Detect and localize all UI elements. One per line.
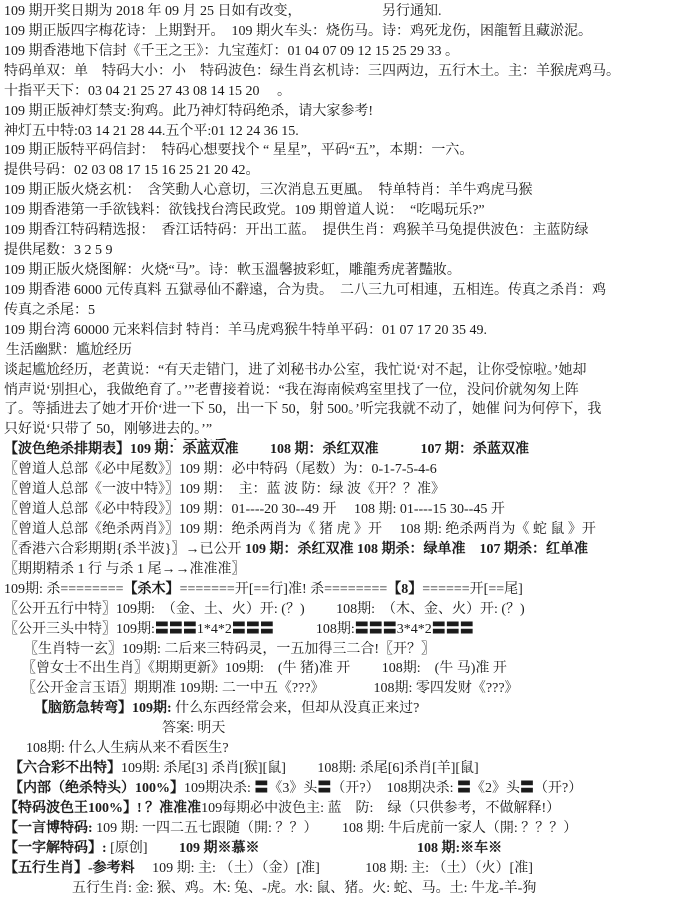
text-segment: 十指平天下：03 04 21 25 27 43 08 14 15 20 。 <box>4 84 291 99</box>
watermark-text: 真人百家乐.. <box>153 439 236 440</box>
text-segment: 〓〓〓 <box>355 622 397 637</box>
text-line-42: 【一言博特码: 109 期: 一四二五七跟随（開: ？？） 108 期: 牛后虎… <box>4 819 688 839</box>
text-line-27: 〖曾道人总部《绝杀两肖》〗109 期：绝杀两肖为《 猪 虎 》开 108 期: … <box>4 520 688 540</box>
text-segment: 《3》头 <box>268 781 317 796</box>
text-line-24: 〖曾道人总部《必中尾数》〗109 期：必中特码（尾数）为：0-1-7-5-4-6 <box>4 460 688 480</box>
text-segment: 【一言博特码: <box>4 821 93 836</box>
text-segment: 什么东西经常会来，但却从没真正来过? <box>172 701 420 716</box>
text-segment: 〖公开五行中特〗109期: （金、土、火）开: (？) 108期: （木、金、火… <box>4 602 525 617</box>
text-line-38: 108期: 什么人生病从来不看医生? <box>4 739 688 759</box>
text-segment: 〓〓〓 <box>155 622 197 637</box>
text-segment: 【8】 <box>387 582 422 597</box>
text-segment: 提供号码：02 03 08 17 15 16 25 21 20 42。 <box>4 163 260 178</box>
text-segment <box>260 841 418 856</box>
text-line-4: 特码单双：单 特码大小：小 特码波色：绿生肖玄机诗：三四两边，五行木土。主：羊猴… <box>4 62 688 82</box>
text-line-23: 【波色绝杀排期表】109 期：杀蓝双准 108 期：杀红双准 107 期：杀蓝双… <box>4 440 688 460</box>
text-segment: 109 期正版火烧玄机： 含笑動人心意切，三次消息五更風。 特单特肖：羊牛鸡虎马… <box>4 183 533 198</box>
text-line-25: 〖曾道人总部《一波中特》〗109 期： 主：蓝 波 防：绿 波《开？？准》 <box>4 480 688 500</box>
text-segment: 109 期香江特码精选报： 香江话特码：开出工蓝。 提供生肖：鸡猴羊马兔提供波色… <box>4 223 589 238</box>
text-line-12: 109 期香江特码精选报： 香江话特码：开出工蓝。 提供生肖：鸡猴羊马兔提供波色… <box>4 221 688 241</box>
text-line-2: 109 期正版四字梅花诗：上期對开。 109 期火车头：烧伤马。诗：鸡死龙伤，困… <box>4 22 688 42</box>
text-segment: 【六合彩不出特】 <box>9 761 121 776</box>
text-line-21: 了。等插进去了她才开价‘进一下 50，出一下 50，射 500。’听完我就不动了… <box>4 400 688 420</box>
text-segment: 〓 <box>317 781 331 796</box>
text-segment: 〓〓〓 <box>432 622 474 637</box>
text-line-9: 提供号码：02 03 08 17 15 16 25 21 20 42。 <box>4 161 688 181</box>
text-line-45: 五行生肖: 金: 猴、鸡。木: 兔、-虎。水: 鼠、猪。火: 蛇、马。土: 牛龙… <box>4 879 688 897</box>
text-segment: 109 期香港地下信封《千王之王》：九宝莲灯：01 04 07 09 12 15… <box>4 44 459 59</box>
text-line-13: 提供尾数：3 2 5 9 <box>4 241 688 261</box>
text-line-11: 109 期香港第一手欲钱料：欲钱找台湾民政党。109 期曾道人说： “吃喝玩乐?… <box>4 201 688 221</box>
text-line-29: 〖期期精杀 1 行 与杀 1 尾→→准准准〗 <box>4 560 688 580</box>
text-segment: 〖期期精杀 1 行 与杀 1 尾→→准准准〗 <box>4 562 246 577</box>
text-segment: =======开[==行]准! 杀======== <box>180 582 388 597</box>
text-line-3: 109 期香港地下信封《千王之王》：九宝莲灯：01 04 07 09 12 15… <box>4 42 688 62</box>
text-line-41: 【特码波色王100%】! ？准准准109每期必中波色主: 蓝 防: 绿（只供参考… <box>4 799 688 819</box>
text-segment: 了。等插进去了她才开价‘进一下 50，出一下 50，射 500。’听完我就不动了… <box>4 402 601 417</box>
text-segment: 〖香港六合彩期期{杀半波}〗→已公开 <box>4 542 245 557</box>
text-segment: 〓 <box>520 781 534 796</box>
text-segment: 〓 <box>457 781 471 796</box>
text-line-39: 【六合彩不出特】109期: 杀尾[3] 杀肖[猴][鼠] 108期: 杀尾[6]… <box>4 759 688 779</box>
text-segment: 特码单双：单 特码大小：小 特码波色：绿生肖玄机诗：三四两边，五行木土。主：羊猴… <box>4 64 620 79</box>
text-segment: 〓〓〓 <box>232 622 274 637</box>
text-segment: 109 期正版特平码信封： 特码心想要找个 “ 星星”，平码“五”，本期：一六。 <box>4 143 473 158</box>
text-segment: 109期: 杀尾[3] 杀肖[猴][鼠] 108期: 杀尾[6]杀肖[羊][鼠] <box>121 761 479 776</box>
text-line-19: 谈起尴尬经历，老黄说：“有天走错门，进了刘秘书办公室，我忙说‘对不起，让你受惊啦… <box>4 361 688 381</box>
text-line-30: 109期: 杀========【杀木】=======开[==行]准! 杀====… <box>4 580 688 600</box>
text-line-7: 神灯五中特:03 14 21 28 44.五个平:01 12 24 36 15. <box>4 122 688 142</box>
text-line-6: 109 期正版神灯禁支:狗鸡。此乃神灯特码绝杀，请大家参考! <box>4 102 688 122</box>
text-segment: 109 期台湾 60000 元来料信封 特肖：羊马虎鸡猴牛特单平码：01 07 … <box>4 323 487 338</box>
text-segment: 109期: 杀======== <box>4 582 124 597</box>
text-segment: 109每期必中波色主: 蓝 防: 绿（只供参考，不做解释!） <box>201 801 560 816</box>
text-segment: 谈起尴尬经历，老黄说：“有天走错门，进了刘秘书办公室，我忙说‘对不起，让你受惊啦… <box>4 363 587 378</box>
text-segment: 108期: 什么人生病从来不看医生? <box>26 741 229 756</box>
text-segment: 109 期香港第一手欲钱料：欲钱找台湾民政党。109 期曾道人说： “吃喝玩乐?… <box>4 203 485 218</box>
text-segment: 〓 <box>254 781 268 796</box>
text-segment: 109 期正版四字梅花诗：上期對开。 109 期火车头：烧伤马。诗：鸡死龙伤，困… <box>4 24 592 39</box>
text-line-28: 〖香港六合彩期期{杀半波}〗→已公开 109 期：杀红双准 108 期杀：绿单准… <box>4 540 688 560</box>
text-line-44: 【五行生肖】-参考料 109 期: 主: （土）（金）[准] 108 期: 主:… <box>4 859 688 879</box>
text-line-43: 【一字解特码】: [原创] 109 期※慕※ 108 期:※车※ <box>4 839 688 859</box>
text-line-20: 悄声说‘别担心，我做绝育了。’”老曹接着说：“我在海南候鸡室里找了一位，没问价就… <box>4 381 688 401</box>
text-line-34: 〖曾女士不出生肖〗《期期更新》109期: (牛 猪)准 开 108期: (牛 马… <box>4 659 688 679</box>
text-line-33: 〖生肖特一玄〗109期: 二后来三特码灵，一五加得三二合!〖开？〗 <box>4 640 688 660</box>
text-segment: （开?） 108期决杀: <box>331 781 457 796</box>
text-segment: 〖曾道人总部《必中特段》〗109 期：01----20 30--49 开 108… <box>4 502 505 517</box>
text-segment: 109 期※慕※ <box>179 841 260 856</box>
document-body: 109 期开奖日期为 2018 年 09 月 25 日如有改变， 另行通知.10… <box>0 0 688 897</box>
text-segment: 神灯五中特:03 14 21 28 44.五个平:01 12 24 36 15. <box>4 124 299 139</box>
text-segment: 【内部（绝杀特头）100%】 <box>9 781 184 796</box>
text-segment: 提供尾数：3 2 5 9 <box>4 243 113 258</box>
text-segment: 109 期: 一四二五七跟随（開: ？？） 108 期: 牛后虎前一家人（開: … <box>93 821 578 836</box>
text-line-40: 【内部（绝杀特头）100%】109期决杀: 〓《3》头〓（开?） 108期决杀:… <box>4 779 688 799</box>
text-segment: 五行生肖: 金: 猴、鸡。木: 兔、-虎。水: 鼠、猪。火: 蛇、马。土: 牛龙… <box>72 881 536 896</box>
text-segment: 生活幽默：尴尬经历 <box>6 343 132 358</box>
text-line-18: 生活幽默：尴尬经历 <box>4 341 688 361</box>
text-segment: 传真之杀尾：5 <box>4 303 95 318</box>
text-segment: 1*4*2 <box>197 622 232 637</box>
text-segment: 〖曾道人总部《绝杀两肖》〗109 期：绝杀两肖为《 猪 虎 》开 108 期: … <box>4 522 596 537</box>
text-line-8: 109 期正版特平码信封： 特码心想要找个 “ 星星”，平码“五”，本期：一六。 <box>4 141 688 161</box>
text-segment: 【五行生肖】-参考料 <box>4 861 135 876</box>
text-segment: 109 期正版神灯禁支:狗鸡。此乃神灯特码绝杀，请大家参考! <box>4 104 373 119</box>
text-segment: 109期决杀: <box>184 781 254 796</box>
text-segment: 108 期:※车※ <box>417 841 502 856</box>
text-segment: 【杀木】 <box>124 582 180 597</box>
text-line-16: 传真之杀尾：5 <box>4 301 688 321</box>
text-segment <box>148 841 180 856</box>
text-line-1: 109 期开奖日期为 2018 年 09 月 25 日如有改变， 另行通知. <box>4 2 688 22</box>
text-segment: 《2》头 <box>471 781 520 796</box>
watermark-line: 真人百家乐.. · · ·— · ·· — ·· ·— — · ·· — ·· … <box>146 420 686 440</box>
text-line-31: 〖公开五行中特〗109期: （金、土、火）开: (？) 108期: （木、金、火… <box>4 600 688 620</box>
text-segment: （开?） <box>534 781 582 796</box>
text-line-5: 十指平天下：03 04 21 25 27 43 08 14 15 20 。 <box>4 82 688 102</box>
text-segment: 109 期: 主: （土）（金）[准] 108 期: 主: （土）（火）[准] <box>135 861 533 876</box>
text-segment: 109 期香港 6000 元传真料 五獄尋仙不辭遠，合为贵。 二八三九可相連，五… <box>4 283 606 298</box>
text-segment: 【脑筋急转弯】109期: <box>34 701 172 716</box>
text-line-37: 答案: 明天 <box>4 719 688 739</box>
text-segment: 【波色绝杀排期表】109 期：杀蓝双准 108 期：杀红双准 107 期：杀蓝双… <box>4 442 529 457</box>
text-segment: 悄声说‘别担心，我做绝育了。’”老曹接着说：“我在海南候鸡室里找了一位，没问价就… <box>4 383 579 398</box>
text-line-14: 109 期正版火烧图解：火烧“马”。诗：軟玉溫馨披彩虹，雕龍秀虎著豔妝。 <box>4 261 688 281</box>
text-line-36: 【脑筋急转弯】109期: 什么东西经常会来，但却从没真正来过? <box>4 699 688 719</box>
text-segment: 答案: 明天 <box>162 721 225 736</box>
text-segment: 〖公开三头中特〗109期: <box>4 622 155 637</box>
text-line-15: 109 期香港 6000 元传真料 五獄尋仙不辭遠，合为贵。 二八三九可相連，五… <box>4 281 688 301</box>
text-segment: 〖曾道人总部《必中尾数》〗109 期：必中特码（尾数）为：0-1-7-5-4-6 <box>4 462 437 477</box>
text-line-32: 〖公开三头中特〗109期:〓〓〓1*4*2〓〓〓 108期:〓〓〓3*4*2〓〓… <box>4 620 688 640</box>
text-segment: 109 期正版火烧图解：火烧“马”。诗：軟玉溫馨披彩虹，雕龍秀虎著豔妝。 <box>4 263 461 278</box>
text-line-35: 〖公开金言玉语〗期期准 109期: 二一中五《???》 108期: 零四发财《?… <box>4 679 688 699</box>
text-segment: ======开[==尾] <box>422 582 523 597</box>
text-segment: 108期: <box>274 622 355 637</box>
text-line-17: 109 期台湾 60000 元来料信封 特肖：羊马虎鸡猴牛特单平码：01 07 … <box>4 321 688 341</box>
text-segment: 〖曾女士不出生肖〗《期期更新》109期: (牛 猪)准 开 108期: (牛 马… <box>22 661 507 676</box>
text-segment: 109 期开奖日期为 2018 年 09 月 25 日如有改变， 另行通知. <box>4 4 442 19</box>
text-segment: 【特码波色王100%】! ？准准准 <box>4 801 201 816</box>
text-segment: 〖生肖特一玄〗109期: 二后来三特码灵，一五加得三二合!〖开？〗 <box>24 642 435 657</box>
text-line-10: 109 期正版火烧玄机： 含笑動人心意切，三次消息五更風。 特单特肖：羊牛鸡虎马… <box>4 181 688 201</box>
text-line-26: 〖曾道人总部《必中特段》〗109 期：01----20 30--49 开 108… <box>4 500 688 520</box>
text-segment: 〖曾道人总部《一波中特》〗109 期： 主：蓝 波 防：绿 波《开？？准》 <box>4 482 445 497</box>
text-segment: 3*4*2 <box>397 622 432 637</box>
text-segment: 〖公开金言玉语〗期期准 109期: 二一中五《???》 108期: 零四发财《?… <box>22 681 519 696</box>
text-segment: 【一字解特码】: <box>4 841 110 856</box>
text-segment: [原创] <box>110 841 147 856</box>
text-segment: 109 期：杀红双准 108 期杀：绿单准 107 期杀：红单准 <box>245 542 588 557</box>
